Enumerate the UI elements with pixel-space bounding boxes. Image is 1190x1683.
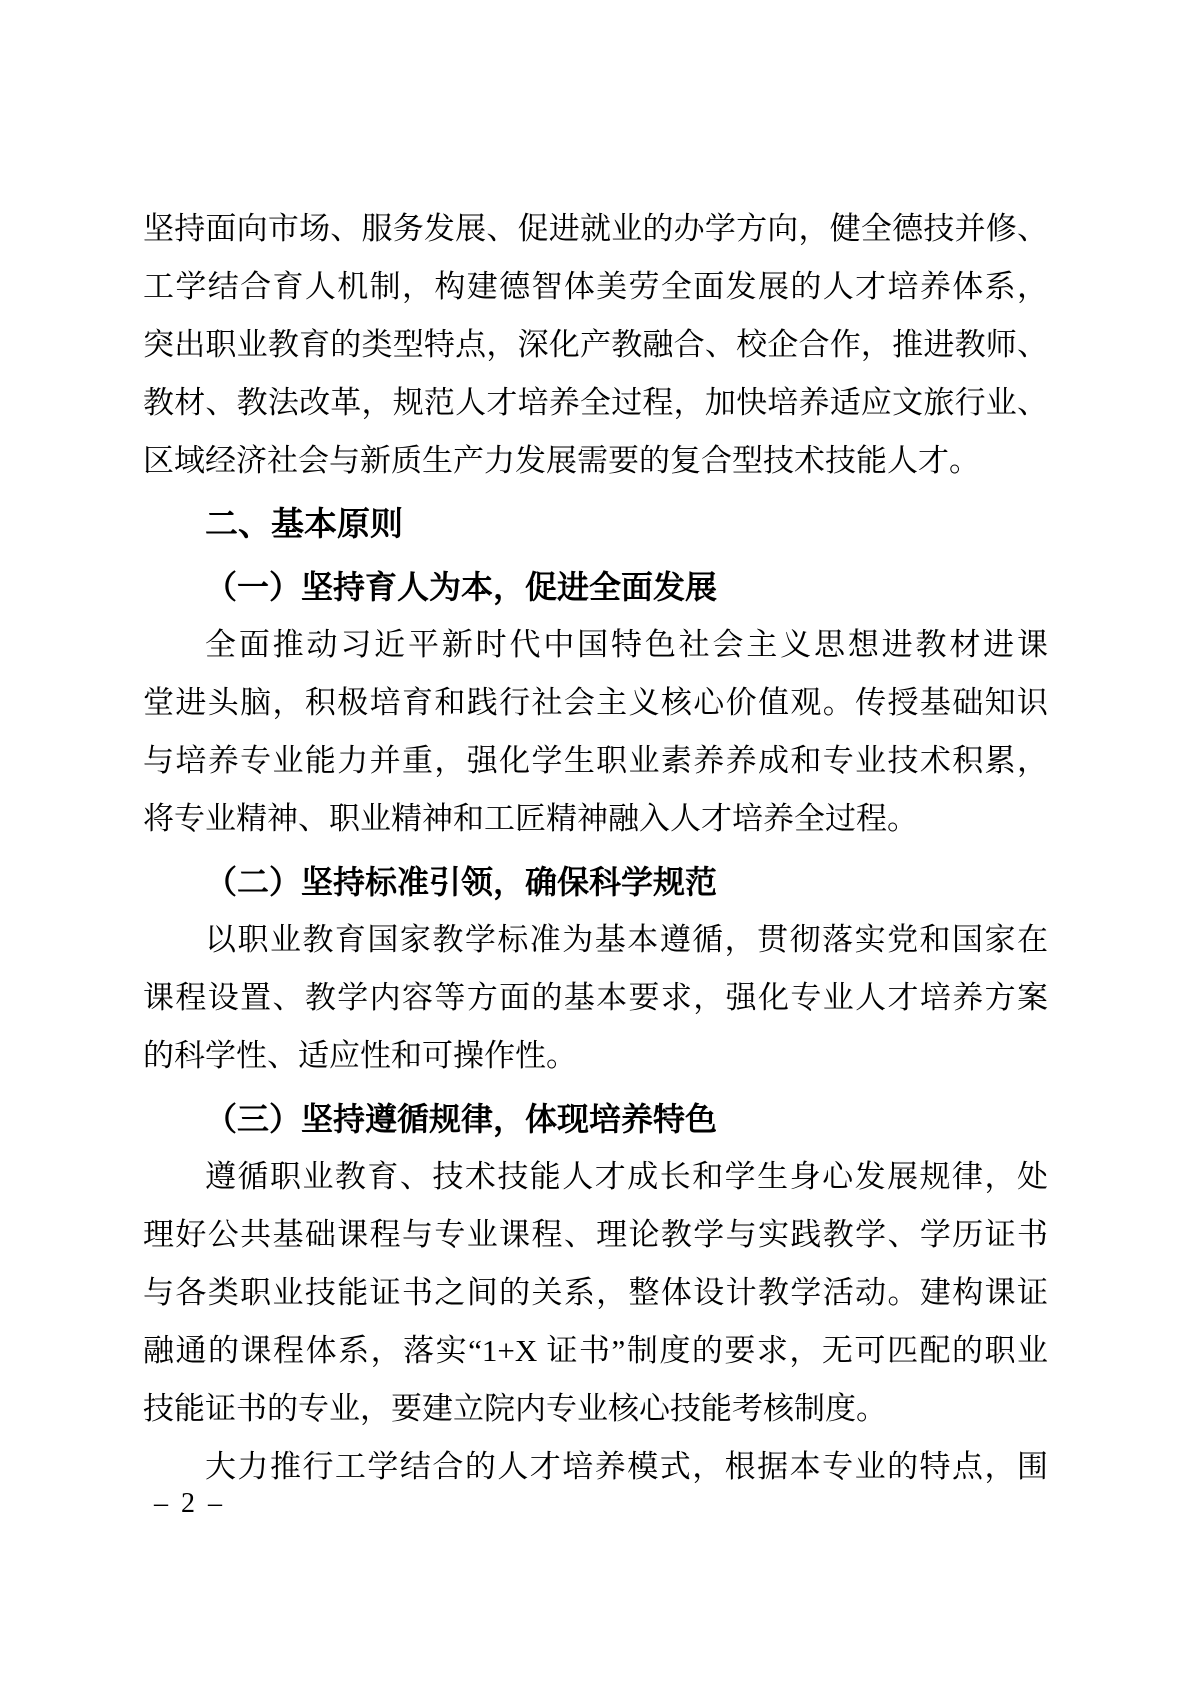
paragraph-line: 坚持面向市场、服务发展、促进就业的办学方向，健全德技并修、: [143, 200, 1048, 258]
paragraph-line: 区域经济社会与新质生产力发展需要的复合型技术技能人才。: [143, 432, 1048, 490]
paragraph-line: 堂进头脑，积极培育和践行社会主义核心价值观。传授基础知识: [143, 674, 1048, 732]
paragraph-line: 技能证书的专业，要建立院内专业核心技能考核制度。: [143, 1380, 1048, 1438]
paragraph-line: 工学结合育人机制，构建德智体美劳全面发展的人才培养体系，: [143, 258, 1048, 316]
paragraph-line: 全面推动习近平新时代中国特色社会主义思想进教材进课: [143, 616, 1048, 674]
paragraph-line: 大力推行工学结合的人才培养模式，根据本专业的特点，围: [143, 1438, 1048, 1496]
paragraph-line: 将专业精神、职业精神和工匠精神融入人才培养全过程。: [143, 790, 1048, 848]
document-page: 坚持面向市场、服务发展、促进就业的办学方向，健全德技并修、 工学结合育人机制，构…: [0, 0, 1190, 1683]
subsection-heading-3: （三）坚持遵循规律，体现培养特色: [143, 1090, 1048, 1148]
body-text: 坚持面向市场、服务发展、促进就业的办学方向，健全德技并修、 工学结合育人机制，构…: [143, 200, 1048, 1496]
section-heading: 二、基本原则: [143, 495, 1048, 553]
paragraph-line: 遵循职业教育、技术技能人才成长和学生身心发展规律，处: [143, 1148, 1048, 1206]
paragraph-line: 理好公共基础课程与专业课程、理论教学与实践教学、学历证书: [143, 1206, 1048, 1264]
subsection-heading-2: （二）坚持标准引领，确保科学规范: [143, 853, 1048, 911]
subsection-heading-1: （一）坚持育人为本，促进全面发展: [143, 558, 1048, 616]
paragraph-line: 的科学性、适应性和可操作性。: [143, 1027, 1048, 1085]
page-number: – 2 –: [154, 1488, 225, 1520]
paragraph-line: 课程设置、教学内容等方面的基本要求，强化专业人才培养方案: [143, 969, 1048, 1027]
paragraph-line: 与培养专业能力并重，强化学生职业素养养成和专业技术积累，: [143, 732, 1048, 790]
paragraph-line: 突出职业教育的类型特点，深化产教融合、校企合作，推进教师、: [143, 316, 1048, 374]
paragraph-line: 以职业教育国家教学标准为基本遵循，贯彻落实党和国家在: [143, 911, 1048, 969]
paragraph-line: 与各类职业技能证书之间的关系，整体设计教学活动。建构课证: [143, 1264, 1048, 1322]
paragraph-line: 教材、教法改革，规范人才培养全过程，加快培养适应文旅行业、: [143, 374, 1048, 432]
paragraph-line: 融通的课程体系，落实“1+X 证书”制度的要求，无可匹配的职业: [143, 1322, 1048, 1380]
